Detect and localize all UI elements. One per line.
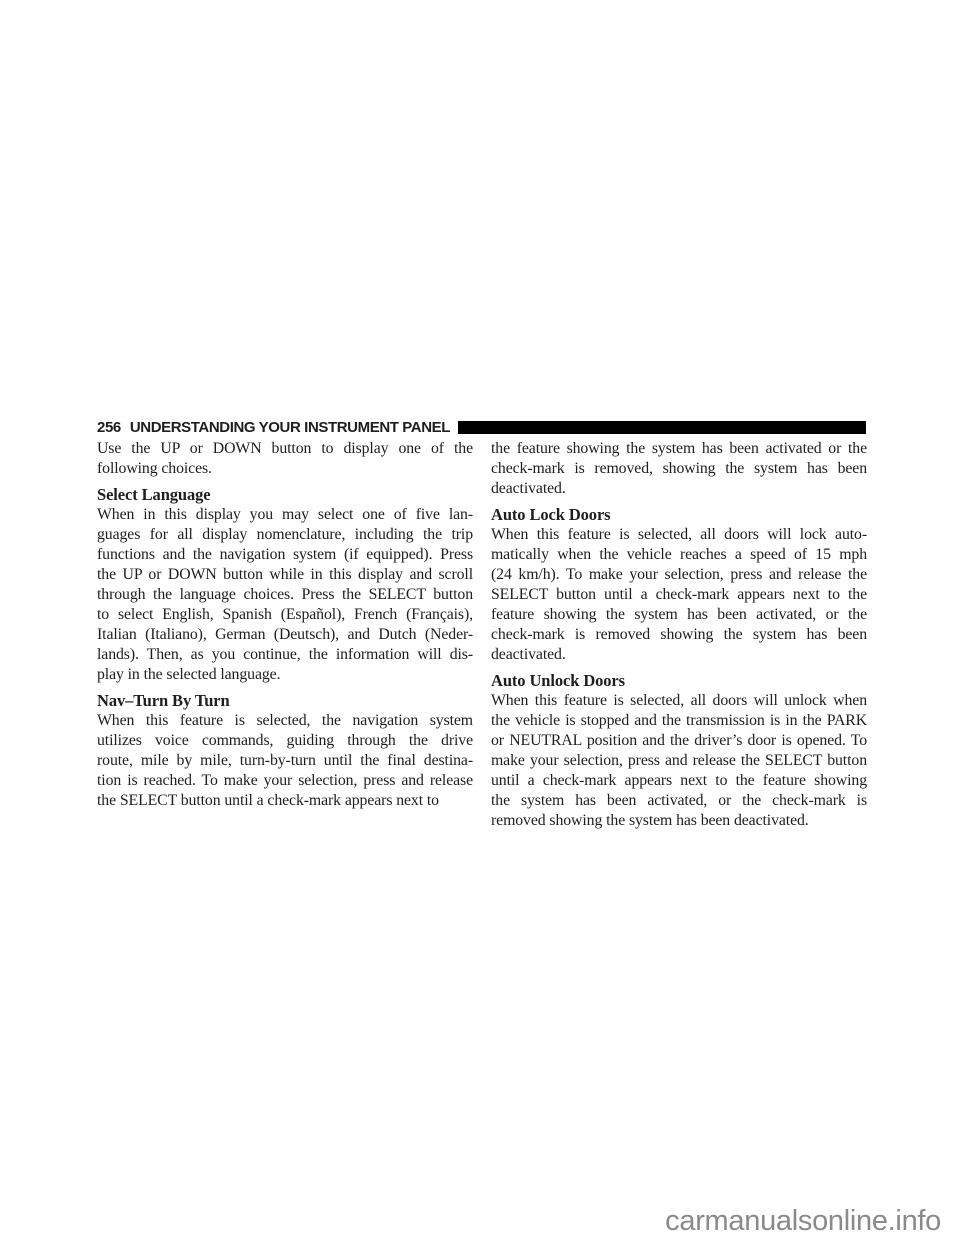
chapter-title: UNDERSTANDING YOUR INSTRUMENT PANEL [130,420,450,435]
watermark: carmanualsonline.info [665,1204,941,1238]
text-line: SELECT button until a check-mark appears… [491,585,867,605]
section-heading: Select Language [97,485,473,505]
paragraph: When this feature is selected, all doors… [491,525,867,665]
text-columns: Use the UP or DOWN button to display one… [97,439,867,831]
text-line: route, mile by mile, turn-by-turn until … [97,751,473,771]
header-rule-bar [458,421,866,434]
right-column: the feature showing the system has been … [491,439,867,831]
text-line: When this feature is selected, the navig… [97,711,473,731]
text-line: Italian (Italiano), German (Deutsch), an… [97,625,473,645]
text-line: to select English, Spanish (Español), Fr… [97,605,473,625]
text-line: removed showing the system has been deac… [491,811,867,831]
text-line: until a check-mark appears next to the f… [491,771,867,791]
text-line: (24 km/h). To make your selection, press… [491,565,867,585]
text-line: guages for all display nomenclature, inc… [97,525,473,545]
text-line: make your selection, press and release t… [491,751,867,771]
text-line: tion is reached. To make your selection,… [97,771,473,791]
paragraph: the feature showing the system has been … [491,439,867,499]
page-header: 256 UNDERSTANDING YOUR INSTRUMENT PANEL [97,420,866,435]
paragraph: When in this display you may select one … [97,505,473,685]
section-heading: Auto Unlock Doors [491,671,867,691]
text-line: deactivated. [491,645,867,665]
text-line: the UP or DOWN button while in this disp… [97,565,473,585]
left-column: Use the UP or DOWN button to display one… [97,439,473,831]
text-line: the vehicle is stopped and the transmiss… [491,711,867,731]
text-line: or NEUTRAL position and the driver’s doo… [491,731,867,751]
text-line: Use the UP or DOWN button to display one… [97,439,473,459]
text-line: When this feature is selected, all doors… [491,525,867,545]
paragraph: Use the UP or DOWN button to display one… [97,439,473,479]
text-line: the SELECT button until a check-mark app… [97,791,473,811]
text-line: lands). Then, as you continue, the infor… [97,645,473,665]
text-line: play in the selected language. [97,665,473,685]
text-line: deactivated. [491,479,867,499]
text-line: When in this display you may select one … [97,505,473,525]
section-heading: Auto Lock Doors [491,505,867,525]
text-line: check-mark is removed showing the system… [491,625,867,645]
text-line: matically when the vehicle reaches a spe… [491,545,867,565]
paragraph: When this feature is selected, the navig… [97,711,473,811]
text-line: the feature showing the system has been … [491,439,867,459]
text-line: following choices. [97,459,473,479]
text-line: feature showing the system has been acti… [491,605,867,625]
text-line: functions and the navigation system (if … [97,545,473,565]
text-line: the system has been activated, or the ch… [491,791,867,811]
text-line: When this feature is selected, all doors… [491,691,867,711]
text-line: through the language choices. Press the … [97,585,473,605]
text-line: utilizes voice commands, guiding through… [97,731,473,751]
section-heading: Nav–Turn By Turn [97,691,473,711]
paragraph: When this feature is selected, all doors… [491,691,867,831]
text-line: check-mark is removed, showing the syste… [491,459,867,479]
manual-page: 256 UNDERSTANDING YOUR INSTRUMENT PANEL … [0,0,960,1242]
page-number: 256 [97,420,121,435]
